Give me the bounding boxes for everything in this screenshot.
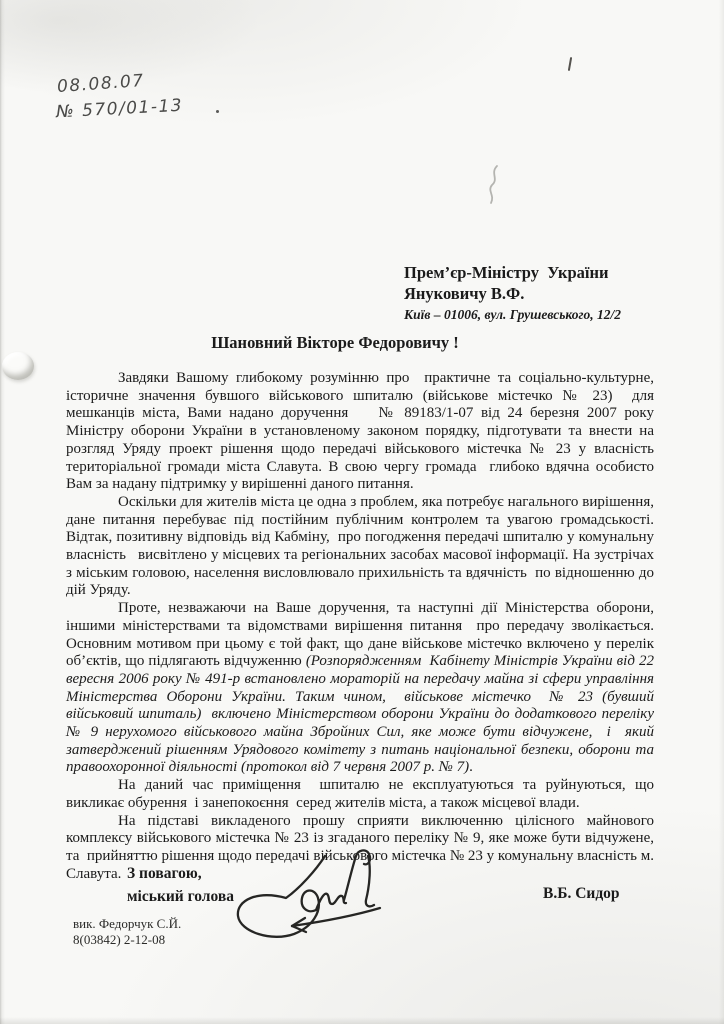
recipient-title: Прем’єр-Міністру України — [404, 262, 621, 283]
closing-signer-name: В.Б. Сидор — [543, 885, 620, 903]
paragraph: Оскільки для жителів міста це одна з про… — [66, 494, 654, 600]
closing-signer-title: міський голова — [127, 888, 234, 906]
executor-phone: 8(03842) 2-12-08 — [73, 932, 181, 948]
recipient-block: Прем’єр-Міністру України Януковичу В.Ф. … — [404, 262, 621, 324]
pen-squiggle-mark — [486, 164, 502, 206]
recipient-name: Януковичу В.Ф. — [404, 283, 621, 304]
paragraph: Завдяки Вашому глибокому розумінню про п… — [66, 370, 654, 494]
pen-tick-mark — [568, 57, 572, 71]
handwritten-date: 08.08.07 — [56, 71, 145, 97]
scanned-letter: { "handwritten": { "date": "08.08.07", "… — [0, 0, 724, 1024]
executor-footer: вик. Федорчук С.Й. 8(03842) 2-12-08 — [73, 916, 181, 948]
signature-ink — [228, 848, 408, 943]
paragraphs-container: Завдяки Вашому глибокому розумінню про п… — [66, 370, 654, 883]
paragraph: На даний час приміщення шпиталю не експл… — [66, 777, 654, 812]
hole-punch-mark — [2, 352, 34, 380]
handwritten-registration-number: № 570/01-13 — [56, 96, 184, 123]
paragraph: Проте, незважаючи на Ваше доручення, та … — [66, 600, 654, 777]
recipient-address: Київ – 01006, вул. Грушевського, 12/2 — [404, 306, 621, 324]
closing-regards: З повагою, — [127, 865, 202, 883]
executor-name: вик. Федорчук С.Й. — [73, 916, 181, 932]
letter-page: 08.08.07 № 570/01-13 Прем’єр-Міністру Ук… — [0, 0, 724, 1024]
salutation: Шановний Вікторе Федоровичу ! — [41, 333, 629, 353]
letter-body: Шановний Вікторе Федоровичу ! Завдяки Ва… — [66, 333, 654, 883]
pen-dot-mark — [216, 110, 219, 113]
